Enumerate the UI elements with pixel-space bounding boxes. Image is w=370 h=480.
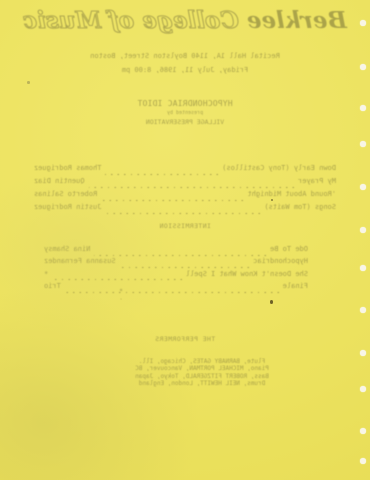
- dot-leader: [94, 251, 266, 257]
- performers-list: Flute, BARNABY GATES, Chicago, Ill. Pian…: [34, 358, 370, 387]
- punch-hole: [360, 184, 366, 190]
- performer-name: Justin Rodriguez: [34, 203, 101, 211]
- punch-hole: [360, 265, 366, 271]
- punch-hole: [360, 141, 366, 147]
- performer-name: Trio: [44, 282, 61, 290]
- program-row: 'Round About Midnight Roberto Salinas: [34, 190, 336, 203]
- dot-leader: [65, 288, 279, 294]
- performer-line: Drums, NEIL HEWITT, London, England: [34, 380, 370, 387]
- performer-line: Piano, MICHAEL PORTMAN, Vancouver, BC: [34, 365, 370, 372]
- performer-name: Susanna Fernandez: [44, 257, 116, 265]
- performer-name: Quentin Diaz: [34, 177, 85, 185]
- program-part1: Down Early (Tony Castillos) Thomas Rodri…: [34, 164, 336, 216]
- venue-address: Recital Hall 1A, 1140 Boylston Street, B…: [0, 50, 370, 64]
- punch-hole: [360, 227, 366, 233]
- ink-speck: [270, 300, 273, 304]
- dot-leader: [105, 171, 218, 177]
- program-title: HYPOCHONDRIAC IDIOT: [0, 99, 370, 108]
- performers-heading: THE PERFORMERS: [0, 335, 370, 343]
- punch-hole: [360, 350, 366, 356]
- piece-title: Songs (Tom Waits): [264, 203, 336, 211]
- program-row: My Prayer Quentin Diaz: [34, 177, 336, 190]
- dot-leader: [105, 210, 260, 216]
- piece-title: Down Early (Tony Castillos): [222, 164, 336, 172]
- berklee-logo: Berklee College of Music: [0, 7, 370, 34]
- program-row: Finale Trio: [44, 282, 308, 294]
- venue-block: Recital Hall 1A, 1140 Boylston Street, B…: [0, 50, 370, 77]
- punch-hole: [360, 428, 366, 434]
- performer-line: Flute, BARNABY GATES, Chicago, Ill.: [34, 358, 370, 365]
- logo-word-berklee: Berklee: [247, 7, 347, 34]
- dot-leader: [101, 197, 243, 203]
- piece-title: She Doesn't Know What I Spell: [186, 270, 308, 278]
- piece-title: 'Round About Midnight: [247, 190, 336, 198]
- ink-speck: [271, 199, 273, 201]
- program-part2: Ode To Be Nina Shamsy Hypochondriac Susa…: [44, 245, 308, 294]
- punch-hole: [360, 105, 366, 111]
- presented-by-label: presented by: [0, 110, 370, 116]
- program-row: Songs (Tom Waits) Justin Rodriguez: [34, 203, 336, 216]
- event-datetime: Friday, July 11, 1986, 8:00 pm: [0, 64, 370, 78]
- performer-name: Nina Shamsy: [44, 245, 90, 253]
- piece-title: Finale: [283, 282, 308, 290]
- piece-title: Hypochondriac: [253, 257, 308, 265]
- punch-hole: [360, 386, 366, 392]
- ink-speck: [27, 81, 30, 84]
- performer-name: Roberto Salinas: [34, 190, 97, 198]
- piece-title: My Prayer: [298, 177, 336, 185]
- footnote-mark: *: [115, 289, 127, 295]
- punch-hole: [360, 20, 366, 26]
- punch-hole: [360, 307, 366, 313]
- scanned-program-page: Berklee College of Music Recital Hall 1A…: [0, 0, 370, 480]
- showthrough-layer: Berklee College of Music Recital Hall 1A…: [0, 0, 370, 480]
- dot-leader: [52, 276, 182, 282]
- footnote-mark: ·: [115, 297, 127, 303]
- punch-hole: [360, 458, 366, 464]
- program-row: Down Early (Tony Castillos) Thomas Rodri…: [34, 164, 336, 177]
- intermission-heading: INTERMISSION: [0, 222, 370, 230]
- performer-name: Thomas Rodriguez: [34, 164, 101, 172]
- logo-college-of-music: College of Music: [23, 7, 247, 34]
- piece-title: Ode To Be: [270, 245, 308, 253]
- program-row: She Doesn't Know What I Spell *: [44, 270, 308, 282]
- program-row: Ode To Be Nina Shamsy: [44, 245, 308, 257]
- ensemble-name: VILLAGE PRESERVATION: [0, 118, 370, 126]
- punch-hole: [360, 64, 366, 70]
- performer-line: Bass, ROBERT FITZGERALD, Tokyo, Japan: [34, 373, 370, 380]
- performer-name: *: [44, 270, 48, 278]
- program-row: Hypochondriac Susanna Fernandez: [44, 257, 308, 269]
